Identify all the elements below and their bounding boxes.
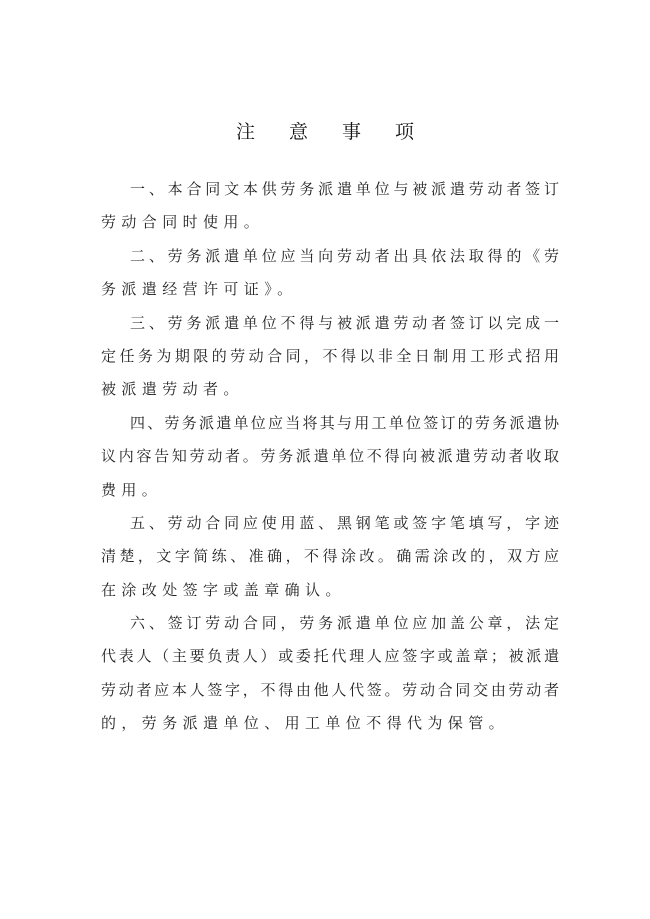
paragraph-line: 四、劳务派遣单位应当将其与用工单位签订的劳务派遣协: [101, 410, 559, 443]
paragraph-line: 一、本合同文本供劳务派遣单位与被派遣劳动者签订: [101, 176, 559, 209]
paragraph-line: 议内容告知劳动者。劳务派遣单位不得向被派遣劳动者收取: [101, 443, 559, 476]
paragraph-line: 被派遣劳动者。: [101, 376, 559, 409]
paragraph-line: 二、劳务派遣单位应当向劳动者出具依法取得的《劳: [101, 243, 559, 276]
paragraph-line: 务派遣经营许可证》。: [101, 276, 559, 309]
paragraph-line: 代表人（主要负责人）或委托代理人应签字或盖章；被派遣: [101, 643, 559, 676]
notice-item-5: 五、劳动合同应使用蓝、黑钢笔或签字笔填写，字迹 清楚，文字简练、准确，不得涂改。…: [101, 510, 559, 610]
document-page: 注 意 事 项 一、本合同文本供劳务派遣单位与被派遣劳动者签订 劳动合同时使用。…: [0, 0, 650, 919]
paragraph-line: 三、劳务派遣单位不得与被派遣劳动者签订以完成一: [101, 310, 559, 343]
paragraph-line: 六、签订劳动合同，劳务派遣单位应加盖公章，法定: [101, 610, 559, 643]
paragraph-line: 的，劳务派遣单位、用工单位不得代为保管。: [101, 710, 559, 743]
notice-body: 一、本合同文本供劳务派遣单位与被派遣劳动者签订 劳动合同时使用。 二、劳务派遣单…: [101, 176, 559, 744]
paragraph-line: 定任务为期限的劳动合同，不得以非全日制用工形式招用: [101, 343, 559, 376]
paragraph-line: 五、劳动合同应使用蓝、黑钢笔或签字笔填写，字迹: [101, 510, 559, 543]
notice-item-2: 二、劳务派遣单位应当向劳动者出具依法取得的《劳 务派遣经营许可证》。: [101, 243, 559, 310]
paragraph-line: 在涂改处签字或盖章确认。: [101, 577, 559, 610]
notice-item-4: 四、劳务派遣单位应当将其与用工单位签订的劳务派遣协 议内容告知劳动者。劳务派遣单…: [101, 410, 559, 510]
paragraph-line: 清楚，文字简练、准确，不得涂改。确需涂改的，双方应: [101, 543, 559, 576]
notice-item-3: 三、劳务派遣单位不得与被派遣劳动者签订以完成一 定任务为期限的劳动合同，不得以非…: [101, 310, 559, 410]
paragraph-line: 费用。: [101, 477, 559, 510]
paragraph-line: 劳动者应本人签字，不得由他人代签。劳动合同交由劳动者: [101, 677, 559, 710]
notice-item-6: 六、签订劳动合同，劳务派遣单位应加盖公章，法定 代表人（主要负责人）或委托代理人…: [101, 610, 559, 744]
page-title: 注 意 事 项: [0, 118, 650, 146]
paragraph-line: 劳动合同时使用。: [101, 209, 559, 242]
notice-item-1: 一、本合同文本供劳务派遣单位与被派遣劳动者签订 劳动合同时使用。: [101, 176, 559, 243]
